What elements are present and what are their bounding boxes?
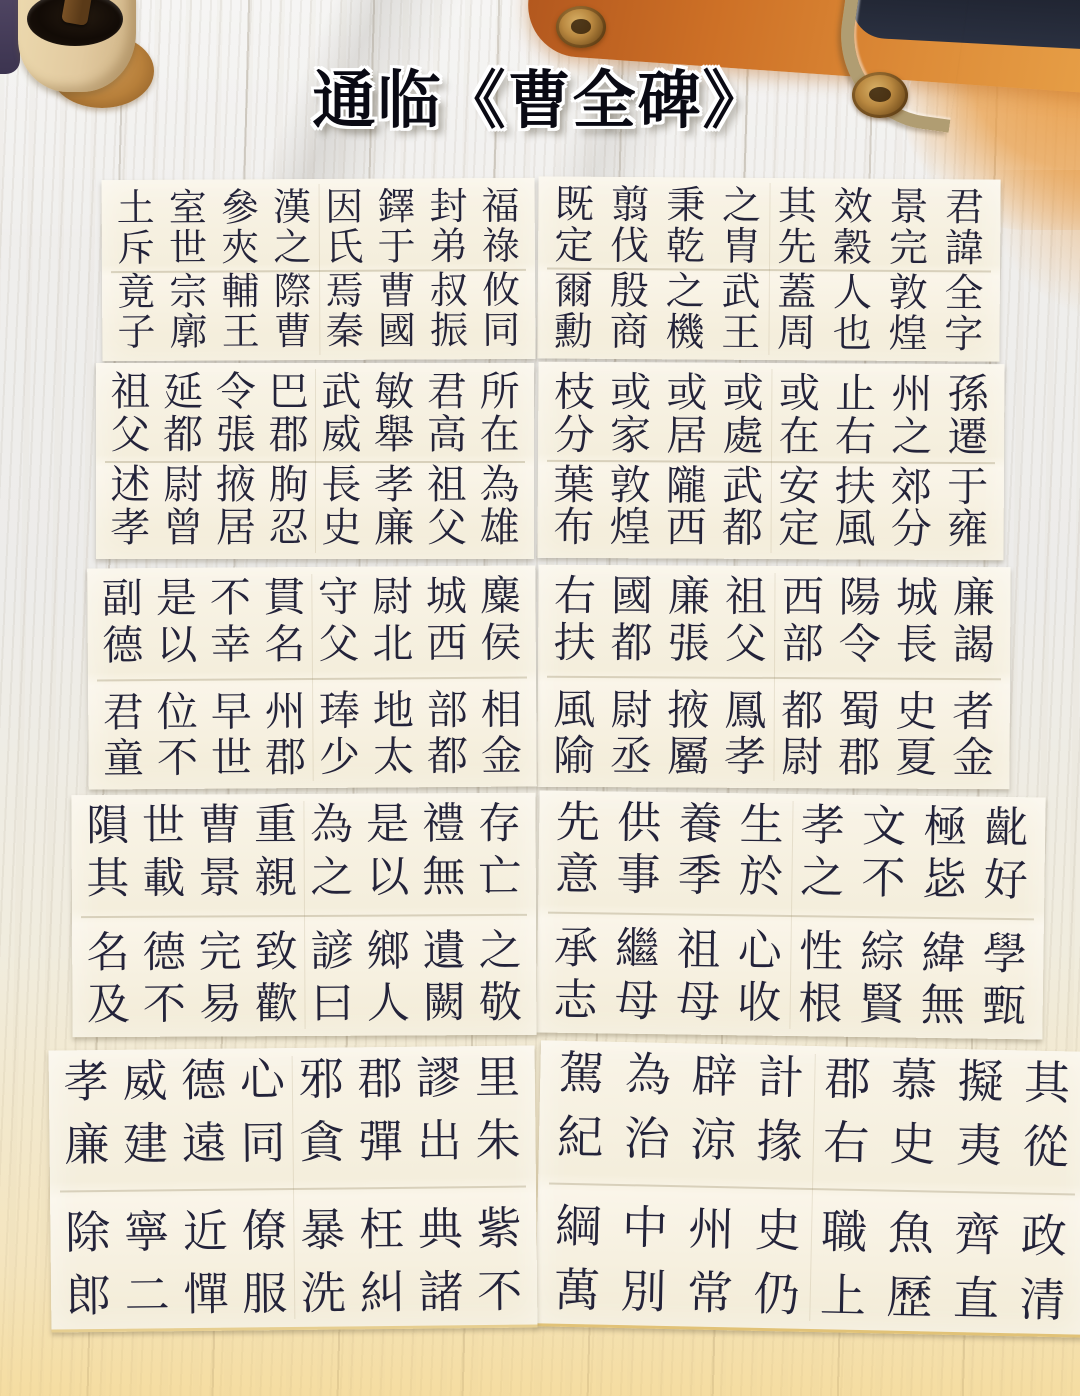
calligraphy-character: 因 — [325, 188, 363, 228]
calligraphy-character: 曹 — [198, 803, 241, 848]
character-column: 里朱紫不 — [475, 1055, 523, 1316]
calligraphy-character: 郡 — [838, 736, 880, 780]
calligraphy-character: 政 — [1020, 1212, 1067, 1261]
character-column: 祖父述孝 — [110, 372, 150, 550]
calligraphy-character: 闕 — [423, 981, 466, 1026]
character-column: 景完敦煌 — [888, 188, 928, 352]
calligraphy-character: 君 — [103, 691, 144, 734]
calligraphy-character: 其 — [86, 857, 129, 902]
calligraphy-character: 西 — [666, 507, 707, 550]
calligraphy-character: 邪 — [298, 1056, 344, 1103]
calligraphy-character: 輔 — [221, 272, 259, 312]
calligraphy-character: 史 — [754, 1207, 801, 1256]
calligraphy-character: 治 — [623, 1115, 670, 1164]
calligraphy-character: 分 — [554, 414, 595, 457]
character-column: 參夾輔王 — [221, 188, 260, 351]
calligraphy-character: 景 — [198, 856, 241, 901]
calligraphy-character: 緯 — [921, 931, 966, 977]
calligraphy-character: 是 — [366, 802, 409, 847]
calligraphy-character: 弟 — [430, 227, 468, 267]
calligraphy-sheet-row1-right: 君諱全字景完敦煌效穀人也其先蓋周之胄武王秉乾之機翦伐殷商既定爾勳 — [537, 176, 1000, 361]
calligraphy-character: 右 — [823, 1120, 870, 1169]
calligraphy-character: 麋 — [480, 575, 521, 618]
character-column: 副德君童 — [102, 577, 144, 780]
calligraphy-character: 完 — [889, 228, 928, 269]
calligraphy-character: 不 — [477, 1269, 523, 1316]
calligraphy-character: 爾 — [554, 272, 593, 313]
calligraphy-character: 極 — [923, 805, 968, 851]
calligraphy-character: 在 — [480, 415, 520, 457]
calligraphy-character: 之 — [479, 928, 522, 973]
calligraphy-character: 朱 — [475, 1118, 521, 1165]
calligraphy-character: 舉 — [374, 415, 414, 457]
calligraphy-character: 直 — [952, 1275, 999, 1324]
calligraphy-character: 根 — [798, 981, 843, 1027]
character-column: 供事繼母 — [614, 801, 661, 1026]
calligraphy-character: 也 — [833, 314, 872, 355]
calligraphy-character: 志 — [553, 978, 598, 1024]
calligraphy-character: 位 — [157, 690, 198, 733]
calligraphy-character: 之 — [800, 856, 845, 902]
calligraphy-character: 伐 — [610, 226, 649, 267]
calligraphy-character: 太 — [373, 736, 414, 779]
calligraphy-character: 居 — [216, 508, 256, 550]
character-column: 所在為雄 — [480, 372, 520, 550]
character-column: 土斥竟子 — [117, 189, 156, 352]
calligraphy-character: 於 — [739, 855, 784, 901]
calligraphy-character: 里 — [475, 1055, 521, 1102]
calligraphy-character: 父 — [318, 622, 359, 665]
calligraphy-character: 母 — [676, 980, 721, 1026]
character-column: 孝廉除郎 — [63, 1059, 111, 1320]
calligraphy-character: 其 — [778, 187, 817, 228]
calligraphy-character: 從 — [1022, 1124, 1069, 1173]
calligraphy-character: 毖 — [922, 857, 967, 903]
calligraphy-character: 葉 — [553, 463, 594, 506]
calligraphy-character: 鐸 — [377, 187, 415, 227]
calligraphy-character: 或 — [723, 372, 764, 415]
calligraphy-character: 于 — [947, 465, 988, 508]
calligraphy-character: 漢 — [273, 188, 311, 228]
calligraphy-character: 歷 — [886, 1274, 933, 1323]
calligraphy-character: 祖 — [725, 575, 767, 619]
calligraphy-character: 所 — [480, 372, 520, 414]
calligraphy-character: 勳 — [554, 312, 593, 353]
character-column: 延都尉曾 — [163, 372, 203, 550]
calligraphy-character: 遠 — [182, 1121, 228, 1168]
calligraphy-character: 守 — [318, 576, 359, 619]
calligraphy-character: 孝 — [110, 508, 150, 550]
calligraphy-character: 定 — [554, 226, 593, 267]
calligraphy-character: 好 — [984, 858, 1029, 904]
character-column: 廉謁者金 — [952, 576, 995, 780]
calligraphy-character: 史 — [889, 1121, 936, 1170]
calligraphy-character: 慕 — [891, 1057, 938, 1106]
calligraphy-character: 早 — [211, 690, 252, 733]
calligraphy-character: 部 — [782, 622, 824, 666]
calligraphy-character: 孫 — [948, 373, 989, 416]
calligraphy-character: 遷 — [947, 416, 988, 459]
calligraphy-character: 尉 — [372, 575, 413, 618]
calligraphy-character: 德 — [181, 1058, 227, 1105]
calligraphy-character: 完 — [199, 930, 242, 975]
character-column: 麋侯相金 — [480, 575, 522, 778]
calligraphy-character: 之 — [310, 855, 353, 900]
character-column: 君諱全字 — [944, 188, 984, 352]
calligraphy-character: 郊 — [891, 465, 932, 508]
calligraphy-character: 周 — [777, 314, 816, 355]
calligraphy-character: 謬 — [416, 1055, 462, 1102]
character-column: 鐸于曹國 — [377, 187, 416, 350]
calligraphy-character: 或 — [779, 372, 820, 415]
calligraphy-character: 王 — [721, 313, 760, 354]
calligraphy-character: 機 — [665, 313, 704, 354]
calligraphy-character: 不 — [210, 576, 251, 619]
calligraphy-character: 名 — [87, 930, 130, 975]
character-column: 之胄武王 — [721, 187, 761, 351]
calligraphy-sheet-row5-right: 其從政清擬夷齊直慕史魚歷郡右職上計掾史仍辟涼州常為治中別駕紀綱萬 — [535, 1040, 1080, 1337]
calligraphy-character: 及 — [87, 983, 130, 1028]
calligraphy-character: 憚 — [183, 1272, 229, 1319]
character-column: 國都尉丞 — [610, 574, 653, 778]
calligraphy-character: 諺 — [311, 929, 354, 974]
calligraphy-character: 威 — [321, 415, 361, 457]
calligraphy-character: 夏 — [895, 736, 937, 780]
calligraphy-character: 致 — [255, 930, 298, 975]
calligraphy-character: 之 — [891, 415, 932, 458]
calligraphy-character: 家 — [610, 414, 651, 457]
calligraphy-character: 尉 — [610, 688, 652, 732]
character-column: 右扶風隃 — [553, 574, 596, 778]
calligraphy-character: 居 — [666, 414, 707, 457]
calligraphy-character: 君 — [427, 372, 467, 414]
character-column: 或在安定 — [778, 372, 820, 550]
calligraphy-character: 曹 — [274, 312, 312, 352]
character-column: 郡右職上 — [820, 1055, 872, 1321]
calligraphy-character: 性 — [799, 929, 844, 975]
character-column: 隕其名及 — [86, 804, 130, 1028]
character-column: 或處武都 — [722, 372, 764, 550]
calligraphy-character: 歡 — [255, 982, 298, 1027]
calligraphy-character: 建 — [123, 1122, 169, 1169]
calligraphy-character: 齊 — [954, 1211, 1001, 1260]
calligraphy-character: 雄 — [480, 508, 520, 550]
character-column: 既定爾勳 — [554, 186, 594, 350]
calligraphy-character: 曹 — [378, 272, 416, 312]
calligraphy-character: 敦 — [610, 464, 651, 507]
calligraphy-character: 威 — [122, 1058, 168, 1105]
calligraphy-character: 祖 — [427, 465, 467, 507]
calligraphy-character: 易 — [199, 983, 242, 1028]
character-column: 養季祖母 — [676, 801, 723, 1026]
calligraphy-character: 史 — [895, 689, 937, 733]
calligraphy-character: 字 — [944, 315, 983, 356]
calligraphy-character: 州 — [891, 373, 932, 416]
character-column: 為之諺曰 — [310, 803, 354, 1027]
calligraphy-character: 不 — [143, 983, 186, 1028]
calligraphy-character: 土 — [117, 189, 155, 229]
character-column: 漢之際曹 — [273, 188, 312, 351]
character-column: 封弟叔振 — [429, 187, 468, 350]
calligraphy-character: 述 — [110, 465, 150, 507]
calligraphy-character: 都 — [781, 689, 823, 733]
calligraphy-character: 無 — [921, 983, 966, 1029]
calligraphy-character: 處 — [722, 415, 763, 458]
character-column: 是以位不 — [156, 577, 198, 780]
calligraphy-character: 穀 — [833, 228, 872, 269]
calligraphy-character: 景 — [889, 188, 928, 229]
calligraphy-character: 謁 — [953, 623, 995, 667]
character-column: 極毖緯無 — [921, 805, 968, 1030]
calligraphy-character: 止 — [835, 372, 876, 415]
calligraphy-character: 母 — [614, 979, 659, 1025]
calligraphy-character: 王 — [222, 312, 260, 352]
calligraphy-character: 商 — [610, 313, 649, 354]
character-column: 德遠近憚 — [181, 1058, 229, 1319]
calligraphy-character: 為 — [480, 465, 520, 507]
calligraphy-character: 季 — [677, 854, 722, 900]
calligraphy-character: 齔 — [984, 806, 1029, 852]
calligraphy-character: 尉 — [163, 465, 203, 507]
calligraphy-character: 攸 — [482, 271, 520, 311]
calligraphy-character: 心 — [240, 1057, 286, 1104]
character-column: 慕史魚歷 — [886, 1057, 938, 1323]
character-column: 駕紀綱萬 — [554, 1050, 606, 1316]
calligraphy-character: 焉 — [326, 272, 364, 312]
calligraphy-character: 延 — [163, 372, 203, 414]
calligraphy-character: 綜 — [860, 930, 905, 976]
calligraphy-character: 事 — [616, 853, 661, 899]
calligraphy-character: 世 — [142, 804, 185, 849]
calligraphy-character: 右 — [835, 415, 876, 458]
calligraphy-character: 郎 — [66, 1273, 112, 1320]
character-column: 文不綜賢 — [859, 804, 906, 1029]
calligraphy-character: 琫 — [319, 689, 360, 732]
calligraphy-character: 布 — [553, 506, 594, 549]
calligraphy-character: 孝 — [374, 465, 414, 507]
calligraphy-character: 先 — [777, 228, 816, 269]
calligraphy-character: 不 — [157, 737, 198, 780]
character-column: 先意承志 — [553, 800, 600, 1025]
calligraphy-character: 鄉 — [367, 929, 410, 974]
calligraphy-character: 定 — [778, 507, 819, 550]
calligraphy-character: 敦 — [889, 274, 928, 315]
calligraphy-character: 侯 — [480, 621, 521, 664]
calligraphy-character: 地 — [373, 689, 414, 732]
calligraphy-character: 同 — [482, 310, 520, 350]
calligraphy-character: 史 — [321, 508, 361, 550]
calligraphy-character: 郡 — [269, 415, 309, 457]
calligraphy-character: 相 — [481, 688, 522, 731]
character-column: 心同僚服 — [240, 1057, 288, 1318]
calligraphy-character: 擬 — [957, 1058, 1004, 1107]
character-column: 或家敦煌 — [609, 371, 651, 549]
calligraphy-character: 枝 — [554, 371, 595, 414]
calligraphy-character: 心 — [738, 928, 783, 974]
calligraphy-character: 郡 — [265, 736, 306, 779]
calligraphy-sheet-row1-left: 福祿攸同封弟叔振鐸于曹國因氏焉秦漢之際曹參夾輔王室世宗廓土斥竟子 — [102, 178, 536, 361]
calligraphy-character: 翦 — [610, 186, 649, 227]
calligraphy-character: 收 — [737, 980, 782, 1026]
calligraphy-character: 敬 — [479, 981, 522, 1026]
calligraphy-character: 常 — [687, 1270, 734, 1319]
calligraphy-character: 秦 — [326, 311, 364, 351]
calligraphy-character: 屬 — [667, 735, 709, 779]
calligraphy-character: 鳳 — [724, 688, 766, 732]
calligraphy-character: 掾 — [756, 1118, 803, 1167]
character-column: 敏舉孝廉 — [374, 372, 414, 550]
character-column: 枝分葉布 — [553, 371, 595, 549]
calligraphy-character: 職 — [821, 1208, 868, 1257]
calligraphy-character: 參 — [221, 188, 259, 228]
calligraphy-character: 重 — [254, 803, 297, 848]
character-column: 巴郡朐忍 — [269, 372, 309, 550]
calligraphy-character: 西 — [782, 575, 824, 619]
character-column: 威建寧二 — [122, 1058, 170, 1319]
calligraphy-character: 張 — [216, 415, 256, 457]
calligraphy-character: 秉 — [666, 186, 705, 227]
calligraphy-character: 計 — [758, 1054, 805, 1103]
calligraphy-character: 暴 — [300, 1207, 346, 1254]
calligraphy-sheet-row2-left: 所在為雄君高祖父敏舉孝廉武威長史巴郡朐忍令張掖居延都尉曾祖父述孝 — [96, 363, 534, 559]
character-column: 其從政清 — [1019, 1059, 1071, 1325]
calligraphy-character: 甄 — [982, 984, 1027, 1030]
calligraphy-character: 封 — [429, 187, 467, 227]
calligraphy-sheet-row3-right: 廉謁者金城長史夏陽令蜀郡西部都尉祖父鳳孝廉張掖屬國都尉丞右扶風隃 — [537, 565, 1010, 789]
calligraphy-character: 叔 — [430, 271, 468, 311]
character-column: 孫遷于雍 — [947, 373, 989, 551]
character-column: 州之郊分 — [891, 373, 933, 551]
calligraphy-character: 存 — [478, 802, 521, 847]
calligraphy-character: 上 — [820, 1272, 867, 1321]
character-column: 郡彈枉糾 — [357, 1056, 405, 1317]
calligraphy-character: 北 — [372, 622, 413, 665]
calligraphy-character: 亡 — [478, 855, 521, 900]
calligraphy-character: 除 — [65, 1210, 111, 1257]
calligraphy-character: 風 — [553, 687, 595, 731]
calligraphy-character: 糾 — [359, 1270, 405, 1317]
calligraphy-character: 右 — [554, 574, 596, 618]
calligraphy-sheet-row5-left: 里朱紫不謬出典諸郡彈枉糾邪貪暴洗心同僚服德遠近憚威建寧二孝廉除郎 — [49, 1045, 538, 1332]
character-column: 曹景完易 — [198, 803, 242, 1027]
calligraphy-character: 風 — [834, 508, 875, 551]
calligraphy-character: 陽 — [839, 575, 881, 619]
calligraphy-character: 令 — [216, 372, 256, 414]
calligraphy-character: 二 — [124, 1272, 170, 1319]
calligraphy-character: 室 — [169, 189, 207, 229]
calligraphy-character: 貫 — [264, 576, 305, 619]
calligraphy-character: 意 — [555, 852, 600, 898]
calligraphy-character: 魚 — [887, 1209, 934, 1258]
calligraphy-character: 養 — [678, 801, 723, 847]
calligraphy-character: 煌 — [609, 506, 650, 549]
calligraphy-character: 州 — [688, 1205, 735, 1254]
calligraphy-character: 令 — [839, 622, 881, 666]
character-column: 辟涼州常 — [687, 1052, 739, 1318]
calligraphy-character: 都 — [611, 621, 653, 665]
calligraphy-character: 福 — [481, 187, 519, 227]
calligraphy-character: 長 — [896, 622, 938, 666]
character-column: 武威長史 — [321, 372, 361, 550]
calligraphy-character: 武 — [722, 464, 763, 507]
calligraphy-character: 夾 — [221, 228, 259, 268]
calligraphy-character: 貪 — [299, 1120, 345, 1167]
calligraphy-character: 部 — [427, 688, 468, 731]
character-column: 是以鄉人 — [366, 802, 410, 1026]
calligraphy-character: 諸 — [418, 1269, 464, 1316]
calligraphy-character: 乾 — [666, 227, 705, 268]
character-column: 守父琫少 — [318, 576, 360, 779]
calligraphy-character: 君 — [945, 188, 984, 229]
calligraphy-character: 德 — [102, 624, 143, 667]
calligraphy-character: 辟 — [691, 1052, 738, 1101]
calligraphy-character: 承 — [554, 926, 599, 972]
calligraphy-character: 曰 — [311, 982, 354, 1027]
calligraphy-character: 賢 — [859, 982, 904, 1028]
character-column: 重親致歡 — [254, 803, 298, 1027]
character-column: 廉張掖屬 — [667, 574, 710, 778]
calligraphy-character: 張 — [668, 621, 710, 665]
calligraphy-character: 高 — [427, 415, 467, 457]
calligraphy-character: 僚 — [241, 1208, 287, 1255]
calligraphy-character: 典 — [418, 1206, 464, 1253]
calligraphy-character: 繼 — [615, 926, 660, 972]
calligraphy-character: 生 — [739, 802, 784, 848]
character-column: 陽令蜀郡 — [838, 575, 881, 779]
calligraphy-character: 涼 — [690, 1117, 737, 1166]
calligraphy-character: 隴 — [666, 464, 707, 507]
calligraphy-character: 者 — [952, 689, 994, 733]
character-column: 室世宗廓 — [169, 189, 208, 352]
calligraphy-character: 都 — [427, 735, 468, 778]
calligraphy-character: 先 — [556, 800, 601, 846]
character-column: 邪貪暴洗 — [298, 1056, 346, 1317]
calligraphy-character: 少 — [319, 736, 360, 779]
calligraphy-character: 蜀 — [838, 689, 880, 733]
calligraphy-character: 清 — [1019, 1277, 1066, 1326]
character-column: 因氏焉秦 — [325, 188, 364, 351]
calligraphy-character: 在 — [779, 415, 820, 458]
character-column: 生於心收 — [737, 802, 784, 1027]
calligraphy-character: 長 — [321, 465, 361, 507]
calligraphy-character: 祖 — [676, 927, 721, 973]
calligraphy-character: 孝 — [801, 803, 846, 849]
calligraphy-character: 為 — [625, 1051, 672, 1100]
calligraphy-character: 童 — [103, 738, 144, 781]
calligraphy-character: 既 — [555, 186, 594, 227]
calligraphy-character: 綱 — [555, 1202, 602, 1251]
calligraphy-character: 西 — [426, 622, 467, 665]
calligraphy-sheet-row4-right: 齔好學甄極毖緯無文不綜賢孝之性根生於心收養季祖母供事繼母先意承志 — [536, 790, 1045, 1039]
character-column: 效穀人也 — [833, 187, 873, 351]
calligraphy-character: 是 — [156, 577, 197, 620]
calligraphy-sheet-row4-left: 存亡之敬禮無遺闕是以鄉人為之諺曰重親致歡曹景完易世載德不隕其名及 — [71, 793, 536, 1037]
calligraphy-character: 或 — [666, 371, 707, 414]
character-column: 孝之性根 — [798, 803, 845, 1028]
character-column: 西部都尉 — [781, 575, 824, 779]
calligraphy-character: 以 — [366, 855, 409, 900]
calligraphy-character: 忍 — [269, 508, 309, 550]
calligraphy-character: 都 — [163, 415, 203, 457]
calligraphy-character: 隃 — [553, 734, 595, 778]
calligraphy-character: 武 — [321, 372, 361, 414]
character-column: 翦伐殷商 — [610, 186, 650, 350]
character-column: 貫名州郡 — [264, 576, 306, 779]
calligraphy-character: 國 — [611, 574, 653, 618]
calligraphy-character: 孝 — [724, 735, 766, 779]
calligraphy-character: 城 — [426, 575, 467, 618]
calligraphy-character: 全 — [944, 274, 983, 315]
